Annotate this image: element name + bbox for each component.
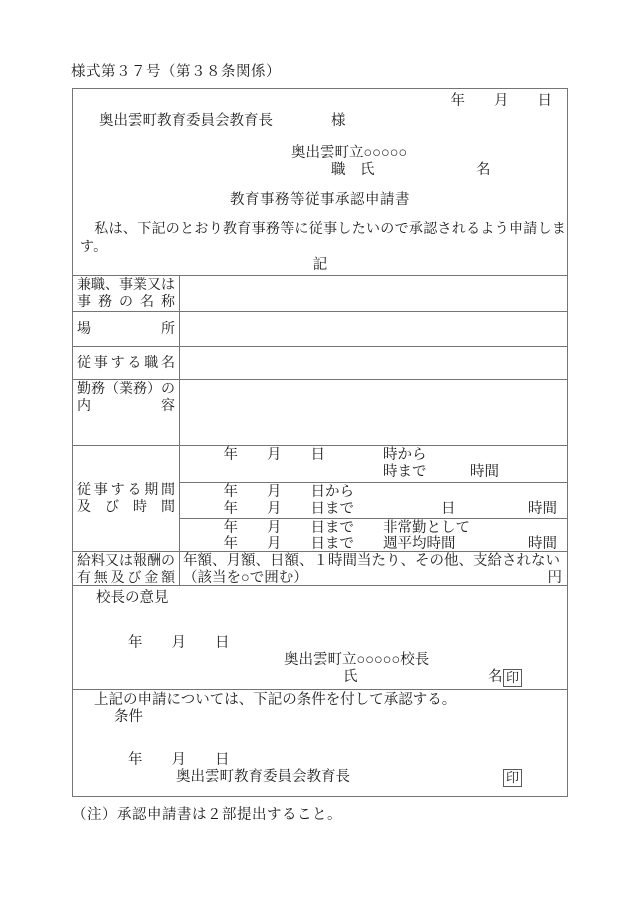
place-field (180, 312, 567, 346)
period-hours-label: 従事する期間 及び時間 (73, 446, 180, 551)
row-salary: 給料又は報酬の 有無及び金額 年額、月額、日額、１時間当たり、その他、支給されな… (73, 551, 567, 585)
date-field: 年 月 日 (73, 93, 567, 110)
principal-opinion-heading: 校長の意見 (73, 586, 567, 607)
body-paragraph-line1: 私は、下記のとおり教育事務等に従事したいので承認されるよう申請しま (73, 221, 567, 239)
duties-label: 勤務（業務）の 内容 (73, 380, 180, 445)
principal-opinion-cell: 校長の意見 年 月 日 奥出雲町立○○○○○校長 氏 名 印 (73, 586, 567, 689)
approval-cell: 上記の申請については、下記の条件を付して承認する。 条件 年 月 日 奥出雲町教… (73, 690, 567, 788)
row-job-title: 従事する職名 (73, 346, 567, 379)
applicant-name-line: 職 氏 名 (73, 162, 567, 179)
job-title-field (180, 347, 567, 379)
salary-options-line: 年額、月額、日額、１時間当たり、その他、支給されない (183, 552, 567, 570)
principal-organization: 奥出雲町立○○○○○校長 (73, 652, 567, 669)
period-sub3: 年 月 日まで 非常勤として 年 月 日まで 週平均時間 時間 (180, 518, 567, 551)
form-page: 様式第３７号（第３８条関係） 年 月 日 奥出雲町教育委員会教育長 様 奥出雲町… (0, 0, 630, 903)
recipient-line: 奥出雲町教育委員会教育長 様 (73, 113, 567, 130)
period-sub2: 年 月 日から 年 月 日まで 日 時間 (180, 482, 567, 518)
side-job-name-label: 兼職、事業又は 事務の名称 (73, 276, 180, 311)
document-title: 教育事務等従事承認申請書 (73, 192, 567, 209)
form-header: 年 月 日 奥出雲町教育委員会教育長 様 奥出雲町立○○○○○ 職 氏 名 教育… (73, 89, 567, 275)
approval-condition-label: 条件 (73, 709, 567, 726)
salary-label: 給料又は報酬の 有無及び金額 (73, 552, 180, 585)
applicant-organization: 奥出雲町立○○○○○ (73, 145, 567, 162)
approval-seal-box: 印 (503, 769, 522, 787)
footnote: （注）承認申請書は２部提出すること。 (72, 803, 342, 824)
row-duties: 勤務（業務）の 内容 (73, 379, 567, 445)
approval-statement: 上記の申請については、下記の条件を付して承認する。 (73, 690, 567, 709)
row-place: 場所 (73, 311, 567, 346)
principal-seal-box: 印 (503, 669, 522, 687)
row-approval: 上記の申請については、下記の条件を付して承認する。 条件 年 月 日 奥出雲町教… (73, 689, 567, 788)
row-side-job-name: 兼職、事業又は 事務の名称 (73, 275, 567, 311)
row-period-hours: 従事する期間 及び時間 年 月 日 時から 時まで 時間 年 月 日から 年 月… (73, 445, 567, 551)
side-job-name-field (180, 276, 567, 311)
approval-date-field: 年 月 日 (73, 752, 567, 769)
body-paragraph-line2: す。 (73, 239, 567, 257)
salary-yen-label: 円 (548, 570, 563, 587)
form-number: 様式第３７号（第３８条関係） (71, 60, 281, 81)
period-sub1: 年 月 日 時から 時まで 時間 (180, 446, 567, 482)
ki-heading: 記 (73, 257, 567, 274)
salary-cell: 年額、月額、日額、１時間当たり、その他、支給されない （該当を○で囲む） 円 (180, 552, 567, 585)
period-hours-cell: 年 月 日 時から 時まで 時間 年 月 日から 年 月 日まで 日 時間 年 … (180, 446, 567, 551)
form-box: 年 月 日 奥出雲町教育委員会教育長 様 奥出雲町立○○○○○ 職 氏 名 教育… (72, 88, 568, 797)
place-label: 場所 (73, 312, 180, 346)
row-principal-opinion: 校長の意見 年 月 日 奥出雲町立○○○○○校長 氏 名 印 (73, 585, 567, 689)
salary-circle-note: （該当を○で囲む） (183, 570, 308, 587)
approval-organization: 奥出雲町教育委員会教育長 (73, 769, 567, 786)
principal-name-line: 氏 名 (73, 669, 567, 686)
duties-field (180, 380, 567, 445)
job-title-label: 従事する職名 (73, 347, 180, 379)
principal-date-field: 年 月 日 (73, 635, 567, 652)
